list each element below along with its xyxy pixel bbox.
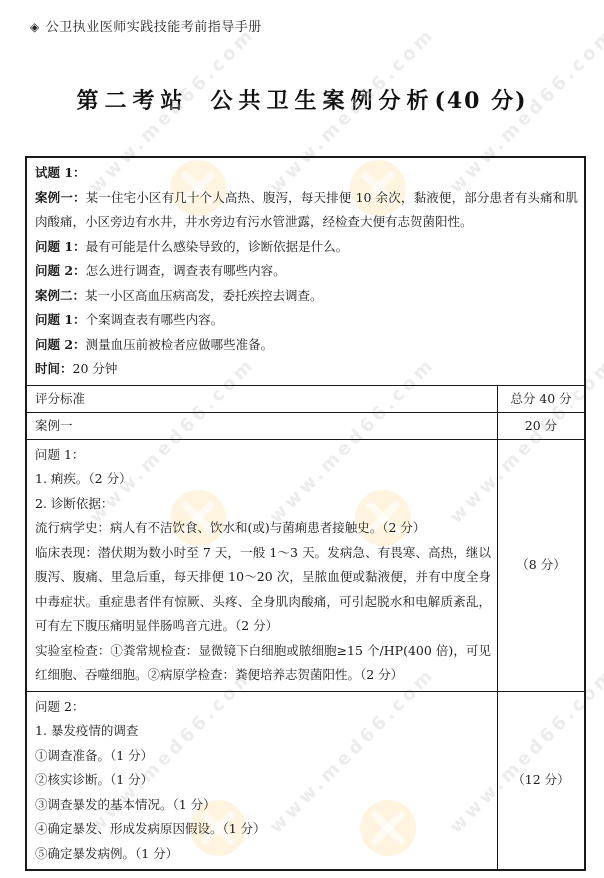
answer-q2-content: 问题 2： 1. 暴发疫情的调查 ①调查准备。（1 分） ②核实诊断。（1 分）… [27, 692, 497, 870]
case1-question1: 问题 1：最有可能是什么感染导致的，诊断依据是什么。 [35, 235, 578, 260]
answer-q1-row: 问题 1： 1. 痢疾。（2 分） 2. 诊断依据： 流行病学史：病人有不洁饮食… [27, 439, 584, 691]
answer-q1-score: （8 分） [497, 440, 584, 691]
case2-question1: 问题 1：个案调查表有哪些内容。 [35, 308, 578, 333]
answer-q2-row: 问题 2： 1. 暴发疫情的调查 ①调查准备。（1 分） ②核实诊断。（1 分）… [27, 691, 584, 870]
answer-line: 流行病学史：病人有不洁饮食、饮水和(或)与菌痢患者接触史。（2 分） [35, 516, 491, 541]
answer-q2-score: （12 分） [497, 692, 584, 870]
answer-line: ②核实诊断。（1 分） [35, 768, 491, 793]
station-label: 第二考站 [76, 88, 188, 114]
case1-label: 案例一 [27, 413, 497, 439]
question-cell: 试题 1： 案例一：某一住宅小区有几十个人高热、腹泻，每天排便 10 余次，黏液… [27, 158, 584, 385]
answer-q1-content: 问题 1： 1. 痢疾。（2 分） 2. 诊断依据： 流行病学史：病人有不洁饮食… [27, 440, 497, 691]
case1-score: 20 分 [497, 413, 584, 439]
case1-question2: 问题 2：怎么进行调查，调查表有哪些内容。 [35, 259, 578, 284]
case1-text: 案例一：某一住宅小区有几十个人高热、腹泻，每天排便 10 余次，黏液便，部分患者… [35, 186, 578, 235]
running-header: ◈公卫执业医师实践技能考前指导手册 [30, 16, 262, 35]
exam-table: 试题 1： 案例一：某一住宅小区有几十个人高热、腹泻，每天排便 10 余次，黏液… [25, 156, 586, 871]
scoring-header-total: 总分 40 分 [497, 386, 584, 412]
answer-q2-title: 问题 2： [35, 695, 491, 720]
answer-q1-title: 问题 1： [35, 443, 491, 468]
answer-line: 临床表现：潜伏期为数小时至 7 天，一般 1～3 天。发病急、有畏寒、高热，继以… [35, 541, 491, 639]
answer-line: 2. 诊断依据： [35, 492, 491, 517]
answer-line: ④确定暴发、形成发病原因假设。（1 分） [35, 817, 491, 842]
question-title: 试题 1： [35, 161, 578, 186]
answer-line: ⑤确定暴发病例。（1 分） [35, 842, 491, 867]
case1-row: 案例一 20 分 [27, 412, 584, 439]
answer-line: ①调查准备。（1 分） [35, 744, 491, 769]
answer-line: 1. 痢疾。（2 分） [35, 467, 491, 492]
subject-label: 公共卫生案例分析 [210, 88, 434, 114]
header-title: 公卫执业医师实践技能考前指导手册 [46, 20, 262, 35]
time-limit: 时间：20 分钟 [35, 357, 578, 382]
case2-text: 案例二：某一小区高血压病高发，委托疾控去调查。 [35, 284, 578, 309]
question-block: 试题 1： 案例一：某一住宅小区有几十个人高热、腹泻，每天排便 10 余次，黏液… [27, 158, 584, 385]
scoring-header-label: 评分标准 [27, 386, 497, 412]
diamond-icon: ◈ [30, 20, 40, 34]
page-title: 第二考站公共卫生案例分析(40 分) [0, 84, 604, 115]
answer-line: ③调查暴发的基本情况。（1 分） [35, 793, 491, 818]
case2-question2: 问题 2：测量血压前被检者应做哪些准备。 [35, 333, 578, 358]
total-score: (40 分) [434, 88, 527, 114]
scoring-header-row: 评分标准 总分 40 分 [27, 385, 584, 412]
answer-line: 1. 暴发疫情的调查 [35, 719, 491, 744]
answer-line: 实验室检查：①粪常规检查：显微镜下白细胞或脓细胞≥15 个/HP(400 倍)，… [35, 639, 491, 688]
